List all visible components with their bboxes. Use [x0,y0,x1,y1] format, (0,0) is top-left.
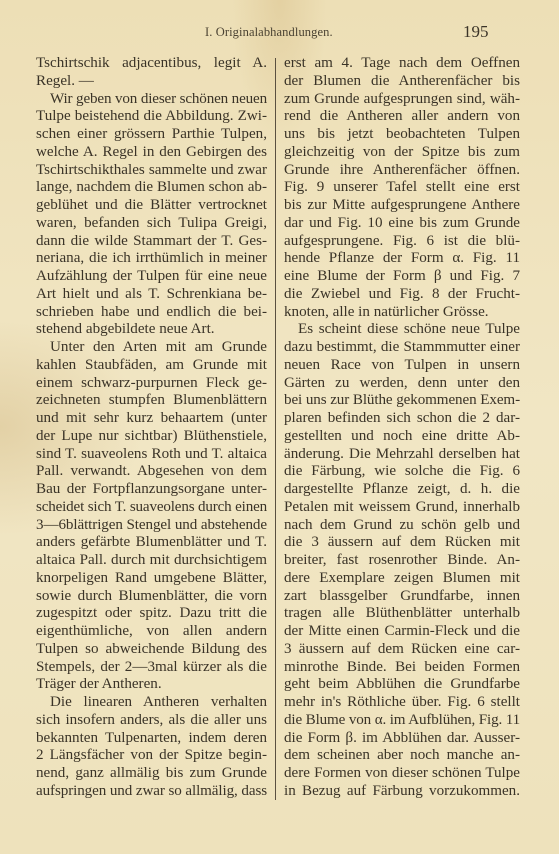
text-line: lange, nachdem die Blumen schon ab- [36,179,267,197]
text-line: 3 äussern auf dem Rücken eine car- [284,641,520,659]
text-line: der Lupe nur sichtbar) Blüthenstiele, [36,428,267,446]
text-line: minrothe Binde. Bei beiden Formen [284,659,520,677]
text-line: dere Exemplare zeigen Blumen mit [284,570,520,588]
text-line: Es scheint diese schöne neue Tulpe [284,321,520,339]
left-text-column: Tschirtschik adjacentibus, legit A.Regel… [36,55,267,801]
text-line: scheidet sich T. suaveolens durch einen [36,499,267,517]
text-line: geblühet und die Blätter vertrocknet [36,197,267,215]
running-title: I. Originalabhandlungen. [205,25,333,40]
text-line: die 3 äussern auf dem Rücken mit [284,534,520,552]
text-line: Pall. verwandt. Abgesehen von dem [36,463,267,481]
text-line: geht beim Abblühen die Grundfarbe [284,676,520,694]
text-line: Stempels, der 2—3mal kürzer als die [36,659,267,677]
page-number: 195 [463,22,489,42]
text-line: zum Grunde aufgesprungen sind, wäh- [284,91,520,109]
text-line: einem schwarz-purpurnen Fleck ge- [36,375,267,393]
text-line: welche A. Regel in den Gebirgen des [36,144,267,162]
text-line: 2 Längsfächer von der Spitze begin- [36,747,267,765]
text-line: mehr in's Röthliche über. Fig. 6 stellt [284,694,520,712]
text-line: schen einer grössern Parthie Tulpen, [36,126,267,144]
text-line: die Färbung, wie solche die Fig. 6 [284,463,520,481]
text-line: dem scheinen aber noch manche an- [284,747,520,765]
text-line: breiter, fast rosenrother Binde. An- [284,552,520,570]
text-line: der Mitte einen Carmin-Fleck und die [284,623,520,641]
text-line: neuen Race von Tulpen in unsern [284,357,520,375]
text-line: Die linearen Antheren verhalten [36,694,267,712]
text-line: dazu bestimmt, die Stammmutter einer [284,339,520,357]
text-line: Tulpe beistehend die Abbildung. Zwi- [36,108,267,126]
column-divider [275,58,276,800]
text-line: die Blume von α. im Aufblühen, Fig. 11 [284,712,520,730]
text-line: Wir geben von dieser schönen neuen [36,91,267,109]
text-line: erst am 4. Tage nach dem Oeffnen [284,55,520,73]
text-line: 3—6blättrigen Stengel und abstehende [36,517,267,535]
text-line: dere Formen von dieser schönen Tulpe [284,765,520,783]
text-line: Regel. — [36,73,267,91]
text-line: Tschirtschikthales sammelte und zwar [36,162,267,180]
text-line: knoten, alle in natürlicher Grösse. [284,304,520,322]
text-line: Fig. 9 unserer Tafel stellt eine erst [284,179,520,197]
page-header: I. Originalabhandlungen. 195 [0,21,559,41]
text-line: zart blassgelber Grundfarbe, innen [284,588,520,606]
text-line: sowie durch Blumenblätter, die vorn [36,588,267,606]
text-line: schrieben habe und endlich die bei- [36,304,267,322]
text-line: dar und Fig. 10 eine bis zum Grunde [284,215,520,233]
text-line: bis zur Mitte aufgesprungene Anthere [284,197,520,215]
text-line: Träger der Antheren. [36,676,267,694]
text-line: eigenthümliche, von allen andern [36,623,267,641]
text-line: Aufzählung der Tulpen für eine neue [36,268,267,286]
text-line: aufspringen und zwar so allmälig, dass [36,783,267,801]
text-line: dargestellte Pflanze zeigt, d. h. die [284,481,520,499]
text-line: Grunde ihre Antherenfächer öffnen. [284,162,520,180]
text-line: zeichneten stumpfen Blumenblättern [36,392,267,410]
text-line: zugespitzt oder spitz. Dazu tritt die [36,605,267,623]
text-line: neriana, die ich irrthümlich in meiner [36,250,267,268]
text-line: Petalen mit weissem Grund, innerhalb [284,499,520,517]
text-line: eine Blume der Form β und Fig. 7 [284,268,520,286]
text-line: waren, befanden sich Tulipa Greigi, [36,215,267,233]
text-line: kahlen Staubfäden, am Grunde mit [36,357,267,375]
text-line: Unter den Arten mit am Grunde [36,339,267,357]
text-line: rend die Antheren aller andern von [284,108,520,126]
text-line: Bau der Fortpflanzungsorgane unter- [36,481,267,499]
text-line: der Blumen die Antherenfächer bis [284,73,520,91]
text-line: plaren befinden sich schon die 2 dar- [284,410,520,428]
text-line: bekannten Tulpenarten, indem deren [36,730,267,748]
text-line: knorpeligen Rand umgebene Blätter, [36,570,267,588]
text-line: in Bezug auf Färbung vorzukommen. [284,783,520,801]
text-line: änderung. Die Mehrzahl derselben hat [284,446,520,464]
text-line: Tulpen so abweichende Bildung des [36,641,267,659]
text-line: altaica Pall. durch mit durchsichtigem [36,552,267,570]
text-line: die Form β. im Abblühen dar. Ausser- [284,730,520,748]
right-text-column: erst am 4. Tage nach dem Oeffnender Blum… [284,55,520,801]
text-line: sind T. suaveolens Roth und T. altaica [36,446,267,464]
text-line: uns bis jetzt beobachteten Tulpen [284,126,520,144]
text-line: Tschirtschik adjacentibus, legit A. [36,55,267,73]
text-line: gleichzeitig von der Spitze bis zum [284,144,520,162]
text-line: tragen alle Blüthenblätter unterhalb [284,605,520,623]
text-line: die Zwiebel und Fig. 8 der Frucht- [284,286,520,304]
text-line: und mit sehr kurz behaartem (unter [36,410,267,428]
text-line: gestellten und noch eine dritte Ab- [284,428,520,446]
text-line: Art hielt und als T. Schrenkiana be- [36,286,267,304]
text-line: nend, ganz allmälig bis zum Grunde [36,765,267,783]
text-line: Gärten zu werden, denn unter den [284,375,520,393]
text-line: aufgesprungene. Fig. 6 ist die blü- [284,233,520,251]
text-line: dann die wilde Stammart der T. Ges- [36,233,267,251]
text-line: bei uns zur Blüthe gekommenen Exem- [284,392,520,410]
text-line: stehend abgebildete neue Art. [36,321,267,339]
text-line: nach dem Grund zu schön gelb und [284,517,520,535]
text-line: sich insofern anders, als die aller uns [36,712,267,730]
text-line: anders gefärbte Blumenblätter und T. [36,534,267,552]
text-line: hende Pflanze der Form α. Fig. 11 [284,250,520,268]
